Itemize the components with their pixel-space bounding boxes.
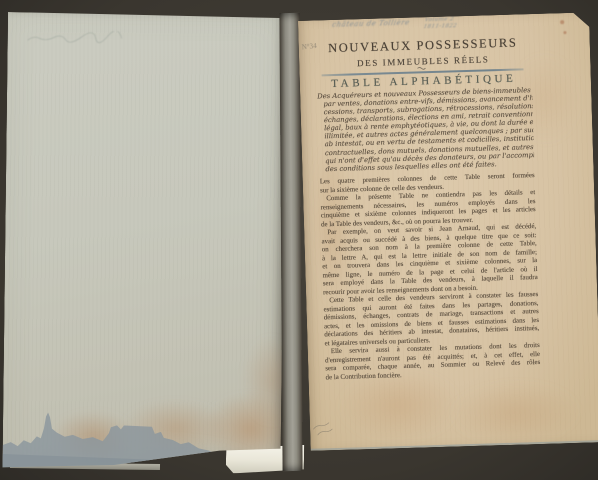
handwritten-title-note: château de Tollière	[331, 19, 410, 29]
left-blank-page	[2, 12, 286, 474]
handwritten-volume-note: Volume 2 1811-1822	[423, 16, 459, 30]
book-scan: château de Tollière Volume 2 1811-1822 N…	[0, 0, 598, 480]
pencil-scribble-mark	[310, 417, 341, 443]
body-text: Les quatre premières colonnes de cette T…	[320, 172, 541, 382]
paragraph: Cette Table et celle des vendeurs servir…	[323, 291, 539, 348]
stain	[449, 381, 581, 445]
skyline-silhouette-stain	[2, 410, 243, 471]
paragraph: Elle servira aussi à constater les mutat…	[325, 342, 541, 382]
foxing-spot	[560, 20, 564, 24]
summary-paragraph: Des Acquéreurs et nouveaux Possesseurs d…	[317, 86, 534, 174]
volume-note-line2: 1811-1822	[423, 23, 458, 31]
pencil-scribble-mark	[26, 30, 136, 47]
paragraph: Par exemple, on veut savoir si Jean Arna…	[321, 223, 538, 297]
printed-page: château de Tollière Volume 2 1811-1822 N…	[298, 12, 598, 450]
binding-spine	[279, 13, 302, 471]
foxing-spot	[563, 31, 566, 34]
